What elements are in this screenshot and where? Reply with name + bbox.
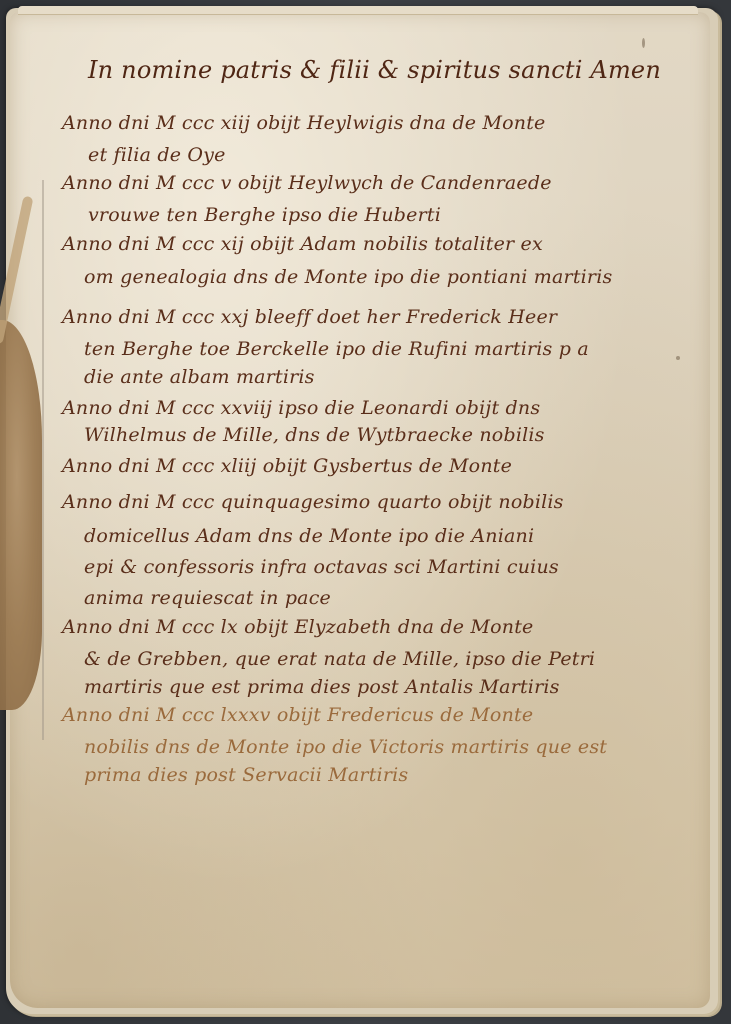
entry-line: Anno dni M ccc lx obijt Elyzabeth dna de… — [62, 616, 533, 638]
entry-line: Anno dni M ccc v obijt Heylwych de Cande… — [62, 172, 552, 194]
entry-line: anima requiescat in pace — [84, 587, 331, 609]
invocation-heading: In nomine patris & filii & spiritus sanc… — [88, 56, 661, 84]
entry-line: Anno dni M ccc xxviij ipso die Leonardi … — [62, 397, 540, 419]
entry-line: martiris que est prima dies post Antalis… — [84, 676, 560, 698]
entry-line-faded: nobilis dns de Monte ipo die Victoris ma… — [84, 736, 607, 758]
entry-line: vrouwe ten Berghe ipso die Huberti — [88, 204, 441, 226]
entry-line: Anno dni M ccc xiij obijt Heylwigis dna … — [62, 112, 546, 134]
entry-line: domicellus Adam dns de Monte ipo die Ani… — [84, 525, 534, 547]
entry-line: om genealogia dns de Monte ipo die ponti… — [84, 266, 612, 288]
manuscript-text: In nomine patris & filii & spiritus sanc… — [0, 0, 731, 1024]
entry-line-faded: Anno dni M ccc lxxxv obijt Fredericus de… — [62, 704, 533, 726]
entry-line: Anno dni M ccc quinquagesimo quarto obij… — [62, 491, 564, 513]
entry-line: die ante albam martiris — [84, 366, 315, 388]
entry-line: et filia de Oye — [88, 144, 226, 166]
entry-line: ten Berghe toe Berckelle ipo die Rufini … — [84, 338, 589, 360]
entry-line: & de Grebben, que erat nata de Mille, ip… — [84, 648, 595, 670]
entry-line: Anno dni M ccc xxj bleeff doet her Frede… — [62, 306, 557, 328]
entry-line-faded: prima dies post Servacii Martiris — [84, 764, 408, 786]
entry-line: Anno dni M ccc xij obijt Adam nobilis to… — [62, 233, 543, 255]
entry-line: Wilhelmus de Mille, dns de Wytbraecke no… — [84, 424, 545, 446]
entry-line: Anno dni M ccc xliij obijt Gysbertus de … — [62, 455, 512, 477]
entry-line: epi & confessoris infra octavas sci Mart… — [84, 556, 559, 578]
